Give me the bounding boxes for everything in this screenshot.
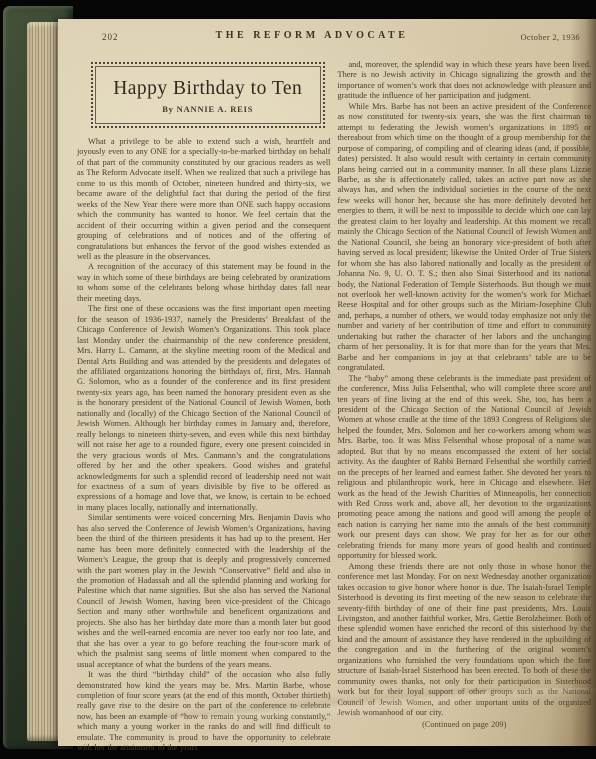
paragraph: The first one of these occasions was the… bbox=[77, 304, 331, 513]
paragraph: What a privilege to be able to extend su… bbox=[77, 137, 331, 262]
paragraph: The “baby” among these celebrants is the… bbox=[338, 374, 592, 562]
paragraph: While Mrs. Barbe has not been an active … bbox=[338, 102, 592, 374]
paragraph: Similar sentiments were voiced concernin… bbox=[77, 513, 331, 670]
article-body: Happy Birthday to Ten By NANNIE A. REIS … bbox=[58, 54, 596, 754]
magazine-page: 202 THE REFORM ADVOCATE October 2, 1936 … bbox=[58, 19, 596, 746]
continuation-note: (Continued on page 209) bbox=[338, 720, 592, 730]
article-title-box: Happy Birthday to Ten By NANNIE A. REIS bbox=[91, 62, 325, 128]
left-column: Happy Birthday to Ten By NANNIE A. REIS … bbox=[77, 60, 331, 754]
paragraph: and, moreover, the splendid way in which… bbox=[338, 60, 592, 102]
right-column: and, moreover, the splendid way in which… bbox=[338, 60, 592, 754]
article-title: Happy Birthday to Ten bbox=[100, 78, 316, 100]
paragraph: Among these friends there are not only t… bbox=[338, 562, 592, 719]
photo-background: 202 THE REFORM ADVOCATE October 2, 1936 … bbox=[0, 0, 596, 759]
masthead: 202 THE REFORM ADVOCATE October 2, 1936 bbox=[58, 19, 596, 54]
article-byline: By NANNIE A. REIS bbox=[100, 104, 316, 114]
paragraph: It was the third “birthday child” of the… bbox=[77, 670, 331, 754]
article-title-box-inner: Happy Birthday to Ten By NANNIE A. REIS bbox=[95, 66, 321, 124]
publication-title: THE REFORM ADVOCATE bbox=[58, 30, 566, 41]
paragraph: A recognition of the accuracy of this st… bbox=[77, 262, 331, 304]
issue-date: October 2, 1936 bbox=[520, 32, 580, 42]
